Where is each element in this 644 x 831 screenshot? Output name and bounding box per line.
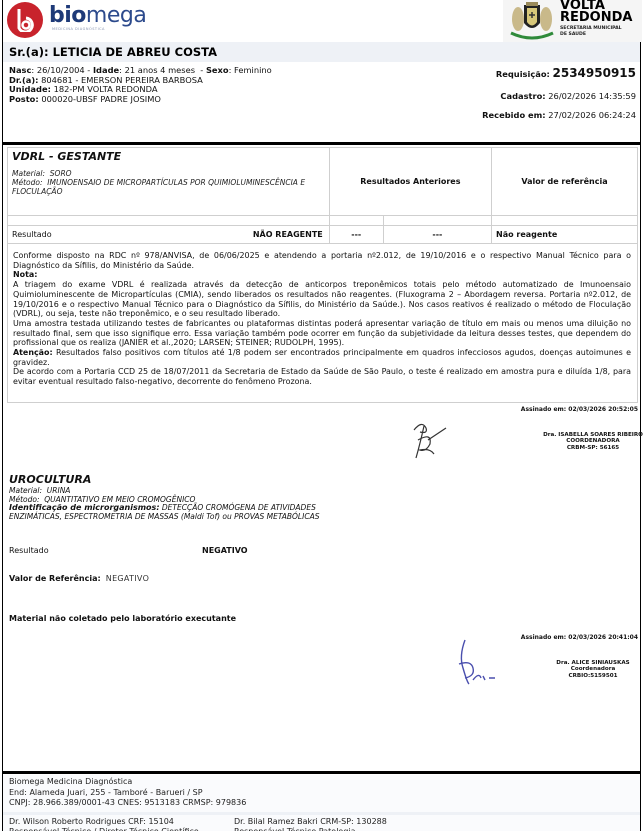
volta-redonda-logo: VOLTAREDONDA SECRETARIA MUNICIPALDE SAUD… bbox=[503, 0, 642, 42]
urocultura-material-note: Material não coletado pelo laboratório e… bbox=[9, 614, 236, 623]
footer-divider bbox=[3, 771, 640, 774]
urocultura-result-value: NEGATIVO bbox=[202, 546, 248, 555]
patient-info: Nasc: 26/10/2004 - Idade: 21 anos 4 mese… bbox=[9, 66, 272, 104]
urocultura-signed-at: Assinado em: 02/03/2026 20:41:04 bbox=[521, 634, 638, 641]
previous-results-header: Resultados Anteriores bbox=[329, 148, 491, 216]
section-divider bbox=[3, 142, 640, 145]
technician-1: Dr. Wilson Roberto Rodrigues CRF: 15104 … bbox=[9, 817, 199, 831]
lab-report-page: biomega MEDICINA DIAGNÓSTICA VOLTAREDOND… bbox=[2, 0, 641, 831]
biomega-brand-subtitle: MEDICINA DIAGNÓSTICA bbox=[52, 27, 105, 31]
report-header: biomega MEDICINA DIAGNÓSTICA VOLTAREDOND… bbox=[3, 0, 640, 42]
lab-info-footer: Biomega Medicina Diagnóstica End: Alamed… bbox=[3, 775, 640, 812]
signature-isabella-icon bbox=[408, 418, 450, 466]
responsible-technicians: Dr. Wilson Roberto Rodrigues CRF: 15104 … bbox=[3, 815, 640, 831]
received-date: Recebido em: 27/02/2026 06:24:24 bbox=[482, 110, 636, 120]
cadastro-date: Cadastro: 26/02/2026 14:35:59 bbox=[500, 91, 636, 101]
urocultura-signer: Dra. ALICE SINIAUSKAS Coordenadora CRBIO… bbox=[543, 660, 643, 679]
request-number: Requisição: 2534950915 bbox=[496, 66, 636, 80]
patient-bar: Sr.(a): LETICIA DE ABREU COSTA bbox=[3, 42, 640, 62]
vdrl-results-table: VDRL - GESTANTE Material: SORO Método: I… bbox=[7, 147, 638, 244]
reference-header: Valor de referência bbox=[492, 148, 638, 216]
patient-name: Sr.(a): LETICIA DE ABREU COSTA bbox=[9, 45, 217, 59]
technician-2: Dr. Bilal Ramez Bakri CRM-SP: 130288 Res… bbox=[234, 817, 387, 831]
vdrl-signed-at: Assinado em: 02/03/2026 20:52:05 bbox=[521, 406, 638, 413]
municipality-title: VOLTAREDONDA bbox=[560, 0, 632, 24]
signature-alice-icon bbox=[455, 638, 507, 688]
biomega-brand: biomega bbox=[49, 3, 146, 28]
vdrl-exam-meta: Material: SORO Método: IMUNOENSAIO DE MI… bbox=[8, 163, 329, 200]
urocultura-exam-meta: Material: URINA Método: QUANTITATIVO EM … bbox=[9, 487, 359, 522]
municipality-subtitle: SECRETARIA MUNICIPALDE SAUDE bbox=[560, 26, 622, 37]
biomega-logo-icon bbox=[7, 2, 43, 38]
urocultura-exam-title: UROCULTURA bbox=[9, 473, 91, 486]
urocultura-reference: Valor de Referência: NEGATIVO bbox=[9, 574, 149, 583]
vdrl-notes: Conforme disposto na RDC nº 978/ANVISA, … bbox=[7, 240, 638, 403]
vdrl-signer: Dra. ISABELLA SOARES RIBEIRO COORDENADOR… bbox=[543, 432, 643, 451]
city-crest-icon bbox=[507, 1, 557, 41]
urocultura-result-label: Resultado bbox=[9, 546, 49, 555]
vdrl-exam-title: VDRL - GESTANTE bbox=[8, 148, 329, 163]
